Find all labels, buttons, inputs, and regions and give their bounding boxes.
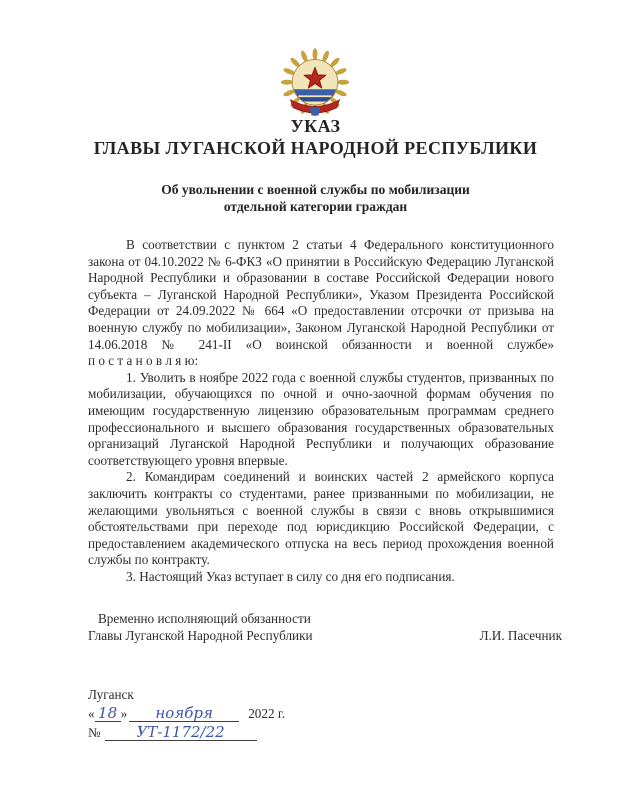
handwritten-day: 18 xyxy=(95,706,121,722)
date-open-quote: « xyxy=(88,706,95,721)
city-label: Луганск xyxy=(88,686,285,703)
document-subject: Об увольнении с военной службы по мобили… xyxy=(0,181,631,215)
decree-item-3: 3. Настоящий Указ вступает в силу со дня… xyxy=(88,569,554,586)
number-label: № xyxy=(88,725,101,740)
decree-item-1: 1. Уволить в ноябре 2022 года с военной … xyxy=(88,370,554,470)
title-line-ukaz: УКАЗ xyxy=(0,115,631,137)
document-body: В соответствии с пунктом 2 статьи 4 Феде… xyxy=(88,237,554,585)
decree-item-2: 2. Командирам соединений и воинских част… xyxy=(88,469,554,569)
document-footer: Луганск «18»ноября2022 г. №УТ-1172/22 xyxy=(88,686,285,741)
signature-position: Временно исполняющий обязанности Главы Л… xyxy=(88,610,313,644)
coat-of-arms-icon xyxy=(280,45,350,123)
signature-position-line-2: Главы Луганской Народной Республики xyxy=(88,627,313,644)
date-line: «18»ноября2022 г. xyxy=(88,705,285,722)
preamble-paragraph: В соответствии с пунктом 2 статьи 4 Феде… xyxy=(88,237,554,353)
signatory-name: Л.И. Пасечник xyxy=(480,627,562,644)
title-line-head: ГЛАВЫ ЛУГАНСКОЙ НАРОДНОЙ РЕСПУБЛИКИ xyxy=(0,137,631,159)
handwritten-month: ноября xyxy=(129,706,239,722)
handwritten-number: УТ-1172/22 xyxy=(105,725,257,741)
resolve-word: п о с т а н о в л я ю: xyxy=(88,353,554,370)
number-line: №УТ-1172/22 xyxy=(88,724,285,741)
subject-line-1: Об увольнении с военной службы по мобили… xyxy=(0,181,631,198)
date-year: 2022 г. xyxy=(248,706,285,721)
subject-line-2: отдельной категории граждан xyxy=(0,198,631,215)
document-title: УКАЗ ГЛАВЫ ЛУГАНСКОЙ НАРОДНОЙ РЕСПУБЛИКИ xyxy=(0,115,631,159)
decree-document-page: УКАЗ ГЛАВЫ ЛУГАНСКОЙ НАРОДНОЙ РЕСПУБЛИКИ… xyxy=(0,0,631,800)
date-close-quote: » xyxy=(121,706,128,721)
signature-position-line-1: Временно исполняющий обязанности xyxy=(88,610,313,627)
signature-block: Временно исполняющий обязанности Главы Л… xyxy=(88,610,562,644)
emblem-blue-band xyxy=(291,89,340,95)
